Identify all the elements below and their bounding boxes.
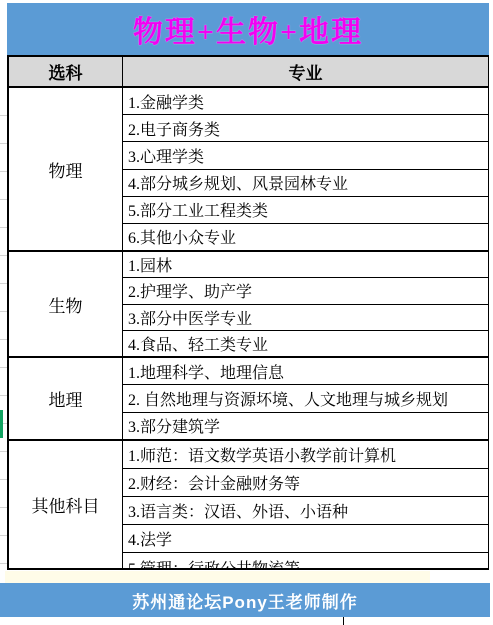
- cream-strip: [5, 571, 430, 583]
- footer-bar: 苏州通论坛Pony王老师制作: [0, 583, 490, 617]
- section-rows: 1.地理科学、地理信息 2. 自然地理与资源坏境、人文地理与城乡规划 3.部分建…: [123, 358, 488, 439]
- table-row: 3.心理学类: [123, 141, 488, 168]
- section-label-geography: 地理: [9, 358, 123, 439]
- title-bar: 物理+生物+地理: [7, 3, 489, 55]
- table-row: 2.电子商务类: [123, 114, 488, 141]
- table-row: 4.部分城乡规划、风景园林专业: [123, 169, 488, 196]
- page-title: 物理+生物+地理: [133, 7, 363, 51]
- table-header-row: 选科 专业: [9, 55, 488, 88]
- table-row: 4.法学: [123, 524, 488, 552]
- table-row: 1.园林: [123, 252, 488, 277]
- spreadsheet-capture: 物理+生物+地理 选科 专业 物理 1.金融学类 2.电子商务类 3.心理学类 …: [0, 0, 493, 625]
- table-row: 4.食品、轻工类专业: [123, 330, 488, 356]
- table-row: 1.地理科学、地理信息: [123, 358, 488, 384]
- section-rows: 1.金融学类 2.电子商务类 3.心理学类 4.部分城乡规划、风景园林专业 5.…: [123, 88, 488, 250]
- table-row: 3.语言类：汉语、外语、小语种: [123, 496, 488, 524]
- table-row: 2. 自然地理与资源坏境、人文地理与城乡规划: [123, 384, 488, 411]
- selection-green-sliver: [0, 410, 3, 438]
- section-label-biology: 生物: [9, 252, 123, 356]
- header-cell-major: 专业: [123, 57, 488, 86]
- section-geography: 地理 1.地理科学、地理信息 2. 自然地理与资源坏境、人文地理与城乡规划 3.…: [9, 358, 488, 441]
- table-row: 3.部分建筑学: [123, 412, 488, 439]
- table-row: 1.金融学类: [123, 88, 488, 114]
- table-row-clipped: 5.管理：行政公共物流等: [123, 552, 488, 568]
- table-row: 2.财经：会计金融财务等: [123, 468, 488, 496]
- bottom-gridline-tick: [343, 617, 344, 625]
- section-biology: 生物 1.园林 2.护理学、助产学 3.部分中医学专业 4.食品、轻工类专业: [9, 252, 488, 358]
- section-label-physics: 物理: [9, 88, 123, 250]
- section-other-subjects: 其他科目 1.师范：语文数学英语小教学前计算机 2.财经：会计金融财务等 3.语…: [9, 441, 488, 570]
- footer-credit: 苏州通论坛Pony王老师制作: [132, 588, 358, 613]
- section-rows: 1.园林 2.护理学、助产学 3.部分中医学专业 4.食品、轻工类专业: [123, 252, 488, 356]
- majors-table: 选科 专业 物理 1.金融学类 2.电子商务类 3.心理学类 4.部分城乡规划、…: [7, 55, 489, 570]
- section-rows: 1.师范：语文数学英语小教学前计算机 2.财经：会计金融财务等 3.语言类：汉语…: [123, 441, 488, 568]
- table-row: 6.其他小众专业: [123, 223, 488, 250]
- table-row: 2.护理学、助产学: [123, 277, 488, 303]
- table-row: 3.部分中医学专业: [123, 304, 488, 330]
- section-physics: 物理 1.金融学类 2.电子商务类 3.心理学类 4.部分城乡规划、风景园林专业…: [9, 88, 488, 252]
- header-cell-subject: 选科: [9, 57, 123, 86]
- table-row: 1.师范：语文数学英语小教学前计算机: [123, 441, 488, 468]
- table-row: 5.部分工业工程类类: [123, 196, 488, 223]
- section-label-other: 其他科目: [9, 441, 123, 568]
- left-gridline-gutter: [0, 88, 7, 570]
